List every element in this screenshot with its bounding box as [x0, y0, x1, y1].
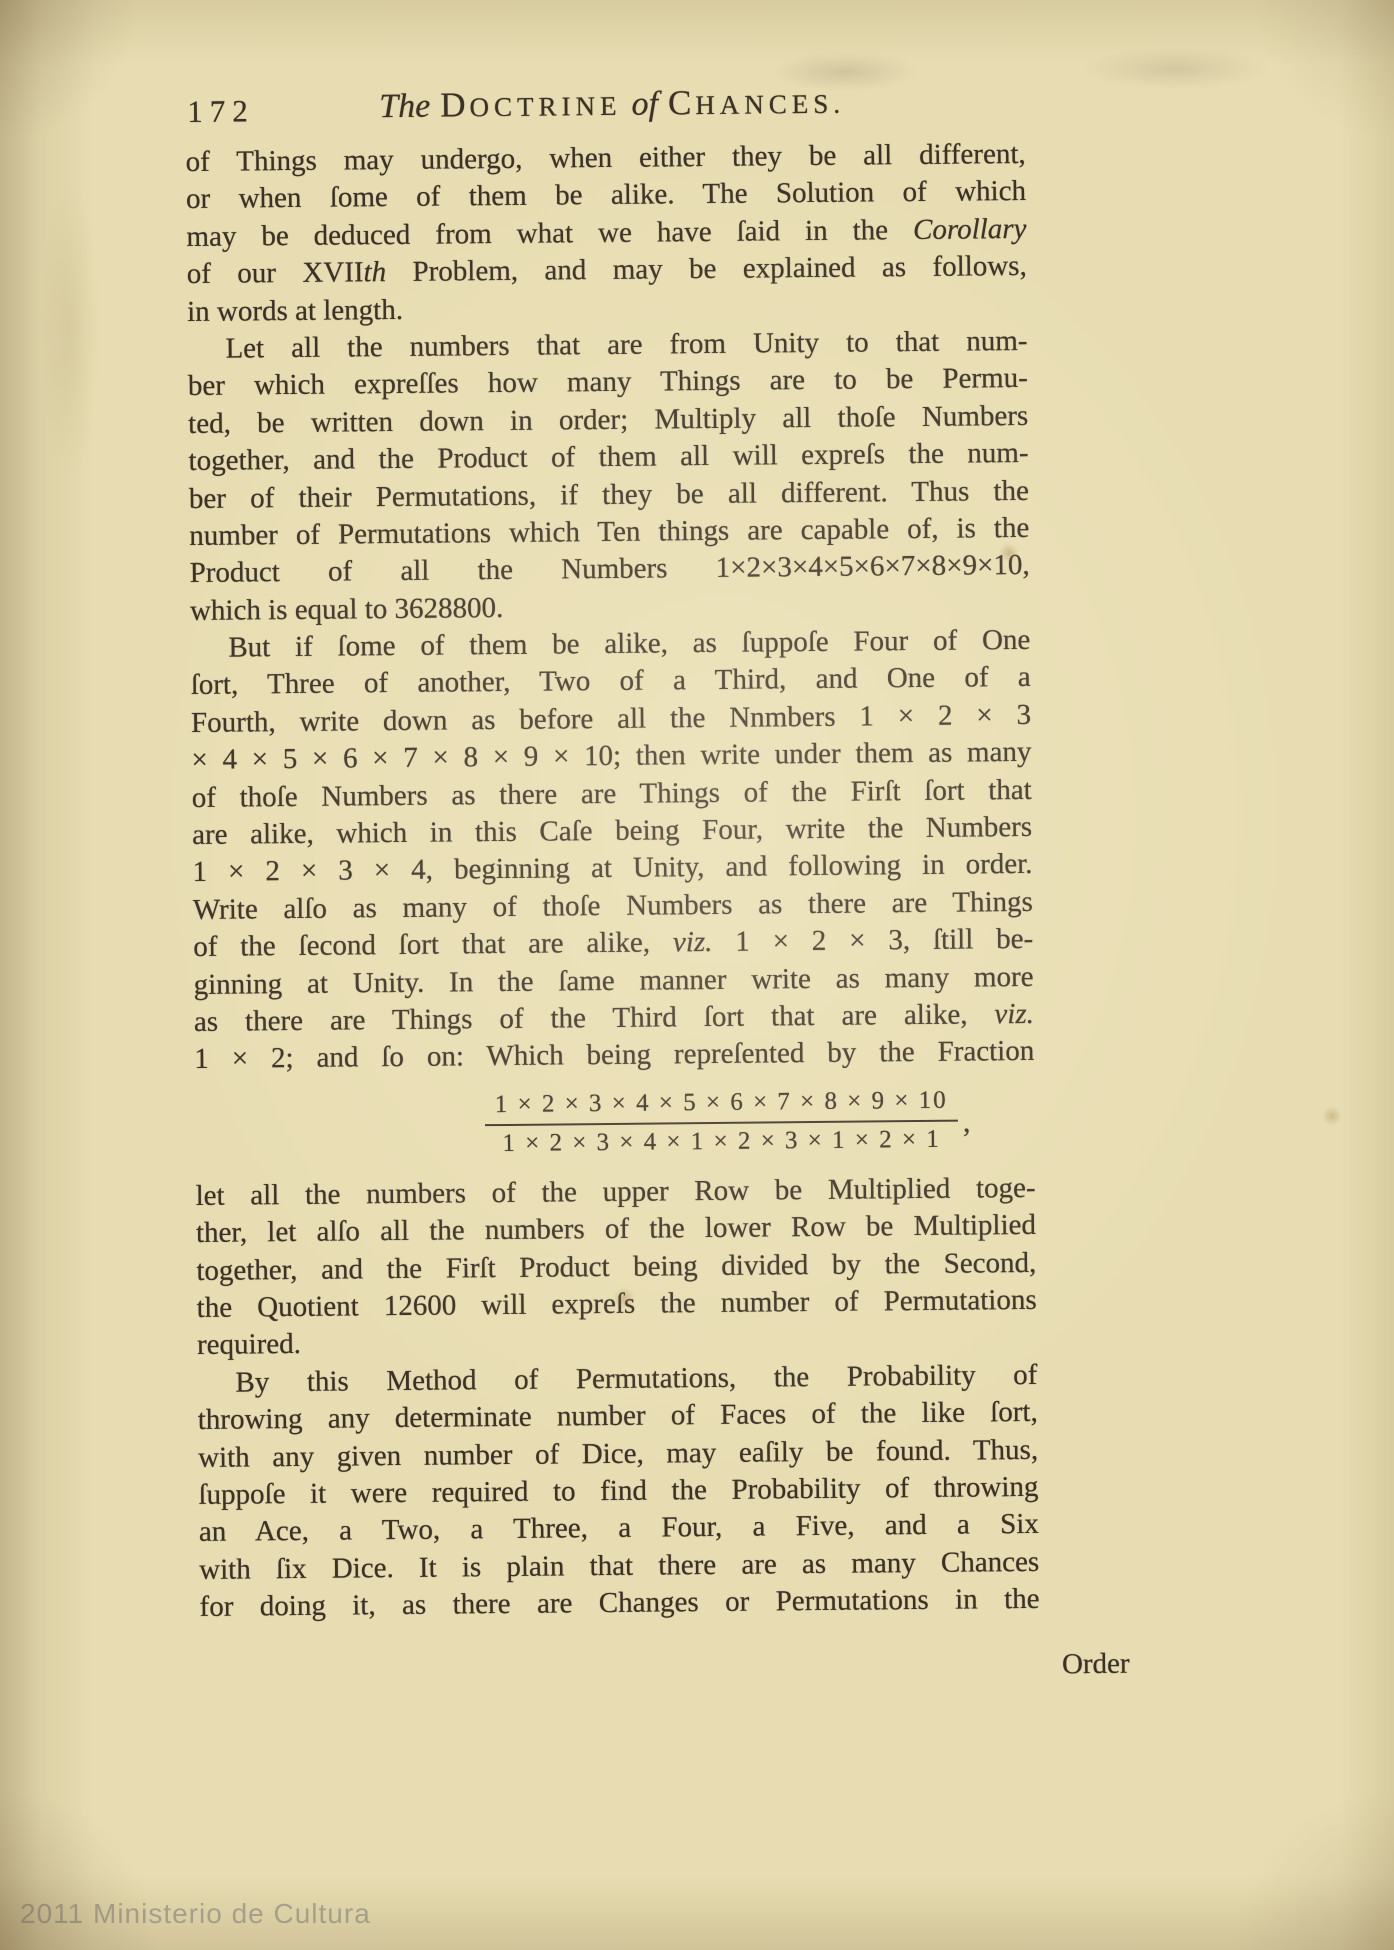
page-number: 172: [187, 93, 255, 130]
page-content: 172 The DOCTRINE of CHANCES. of Things m…: [185, 80, 1040, 1626]
title-word-doctrine: DOCTRINE: [440, 102, 621, 121]
ink-smudge: [1080, 48, 1270, 90]
page-header: 172 The DOCTRINE of CHANCES.: [185, 80, 1025, 134]
paragraph: of Things may undergo, when either they …: [186, 136, 1028, 331]
paragraph: let all the numbers of the upper Row be …: [195, 1170, 1037, 1365]
text-line: for doing it, as there are Changes or Pe…: [199, 1581, 1039, 1626]
left-edge-shading: [40, 180, 100, 480]
title-initial: C: [668, 83, 696, 122]
text-line: 1 × 2; and ſo on: Which being repreſente…: [194, 1033, 1034, 1078]
stain: [1322, 1106, 1342, 1126]
title-word-chances: CHANCES.: [668, 100, 845, 119]
fraction-stack: 1 × 2 × 3 × 4 × 5 × 6 × 7 × 8 × 9 × 10 1…: [485, 1086, 959, 1158]
paragraph: By this Method of Permutations, the Prob…: [197, 1357, 1039, 1627]
body-text-upper: of Things may undergo, when either they …: [186, 136, 1035, 1079]
title-smallcaps: HANCES.: [695, 89, 845, 120]
catchword: Order: [1062, 1648, 1130, 1682]
fraction: 1 × 2 × 3 × 4 × 5 × 6 × 7 × 8 × 9 × 10 1…: [195, 1086, 1036, 1161]
paragraph: Let all the numbers that are from Unity …: [187, 323, 1030, 630]
paragraph: But if ſome of them be alike, as ſuppoſe…: [190, 622, 1034, 1079]
title-initial: D: [440, 85, 470, 124]
fraction-comma: ,: [963, 1105, 973, 1153]
fraction-denominator: 1 × 2 × 3 × 4 × 1 × 2 × 3 × 1 × 2 × 1: [485, 1121, 958, 1158]
watermark: 2011 Ministerio de Cultura: [20, 1898, 371, 1930]
body-text-lower: let all the numbers of the upper Row be …: [195, 1170, 1039, 1627]
book-page: 172 The DOCTRINE of CHANCES. of Things m…: [0, 0, 1394, 1950]
title-word-the: The: [379, 88, 430, 125]
title-word-of: of: [631, 85, 658, 122]
running-title: The DOCTRINE of CHANCES.: [295, 81, 935, 127]
title-smallcaps: OCTRINE: [469, 91, 621, 122]
fraction-numerator: 1 × 2 × 3 × 4 × 5 × 6 × 7 × 8 × 9 × 10: [485, 1086, 958, 1126]
